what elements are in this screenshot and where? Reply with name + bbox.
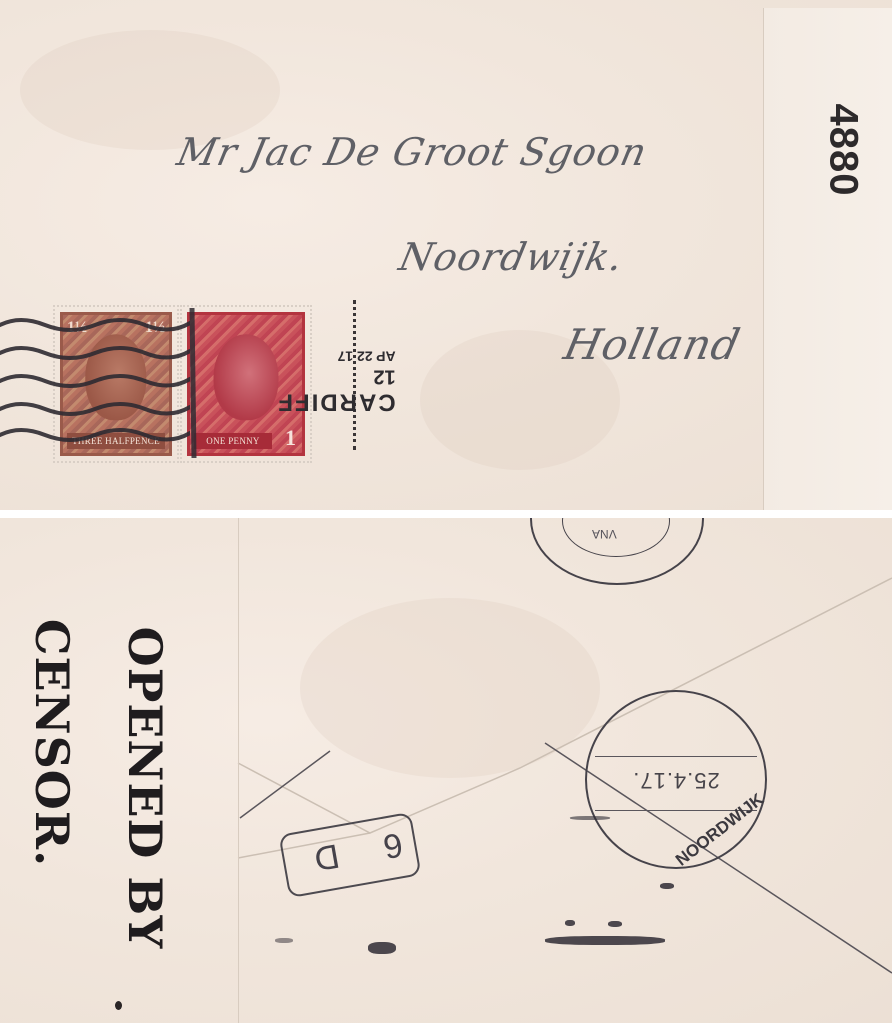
panel-divider xyxy=(0,510,892,518)
cancel-bar-icon xyxy=(180,308,210,458)
ink-smudge xyxy=(545,936,665,945)
ink-smudge xyxy=(368,942,396,954)
address-line-country: Holland xyxy=(560,320,745,369)
envelope-back: OPENED BY CENSOR. VNA 25.4.17. NOORDWIJK… xyxy=(0,518,892,1023)
censor-label-opened-by: OPENED BY xyxy=(118,627,172,950)
ink-smudge xyxy=(275,938,293,943)
postmark-time: 12 xyxy=(276,365,395,388)
cancel-top-text: VNA xyxy=(592,527,617,541)
ink-dot xyxy=(115,1001,122,1010)
receiving-cancel: 25.4.17. NOORDWIJK xyxy=(585,690,767,869)
cancel-date: 25.4.17. xyxy=(632,767,720,793)
machine-cancel-wavy-lines-icon xyxy=(0,305,190,455)
king-portrait-icon xyxy=(214,334,279,420)
ink-smudge xyxy=(570,816,610,820)
postmark-date: AP 22 17 xyxy=(276,349,395,365)
address-line-name: Mr Jac De Groot Sgoon xyxy=(173,130,651,174)
envelope-front: 4880 Mr Jac De Groot Sgoon Noordwijk. Ho… xyxy=(0,0,892,510)
censor-number: 4880 xyxy=(821,104,866,197)
censor-strip xyxy=(763,8,892,510)
ink-smudge xyxy=(608,921,622,927)
ink-smudge xyxy=(565,920,575,926)
address-line-city: Noordwijk. xyxy=(395,235,627,279)
boxed-handstamp-text: 6 D xyxy=(282,822,417,883)
censor-label-censor: CENSOR. xyxy=(25,619,79,867)
postmark-city: CARDIFF xyxy=(276,388,395,416)
censor-label: OPENED BY CENSOR. xyxy=(0,518,239,1023)
ink-smudge xyxy=(660,883,674,889)
stamp-value: 1 xyxy=(285,425,296,451)
cancel-bar-top xyxy=(595,756,757,757)
postmark: CARDIFF 12 AP 22 17 xyxy=(276,349,395,416)
